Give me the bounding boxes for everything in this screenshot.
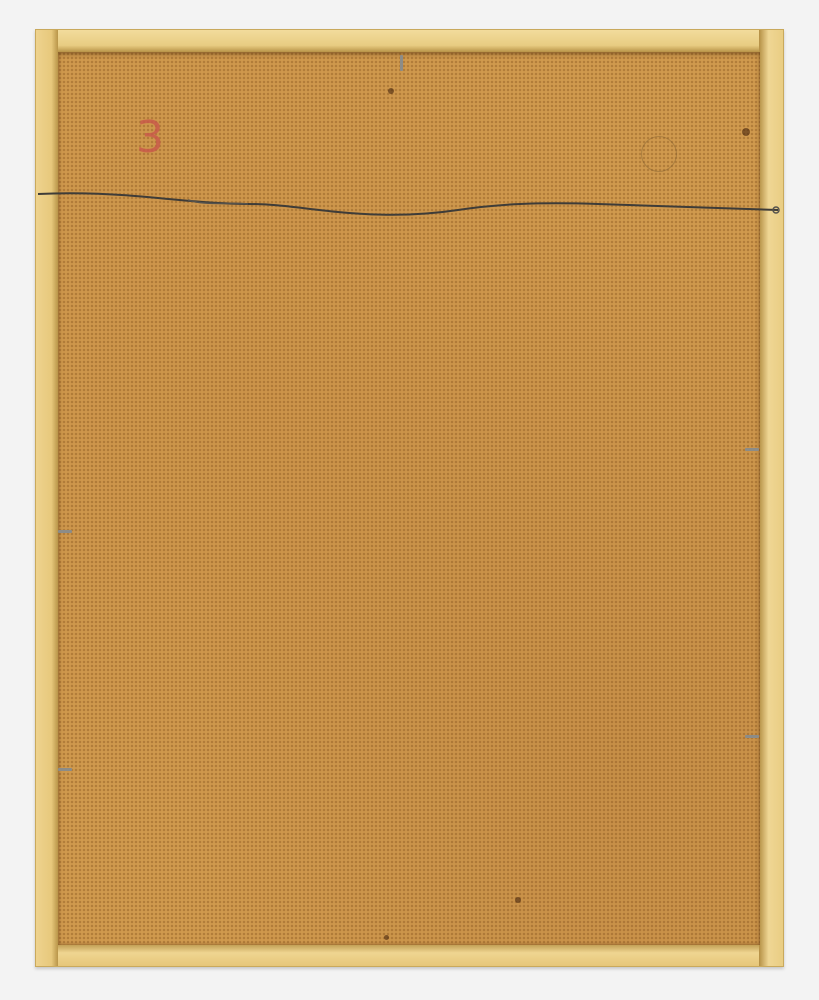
right-staple-2 (745, 735, 759, 738)
frame-top-rail (36, 30, 783, 52)
right-staple-1 (745, 448, 759, 451)
dirt-speck (388, 88, 394, 94)
frame-bottom-rail (36, 944, 783, 966)
left-staple-1 (58, 530, 72, 533)
dirt-speck (384, 935, 389, 940)
red-number-marking: 3 (136, 112, 164, 163)
faint-circular-stamp (641, 136, 677, 172)
top-staple (400, 55, 403, 71)
dirt-speck (742, 128, 750, 136)
hanging-wire (38, 180, 783, 230)
left-staple-2 (58, 768, 72, 771)
frame-right-rail (759, 30, 783, 966)
dirt-speck (515, 897, 521, 903)
frame-left-rail (36, 30, 58, 966)
